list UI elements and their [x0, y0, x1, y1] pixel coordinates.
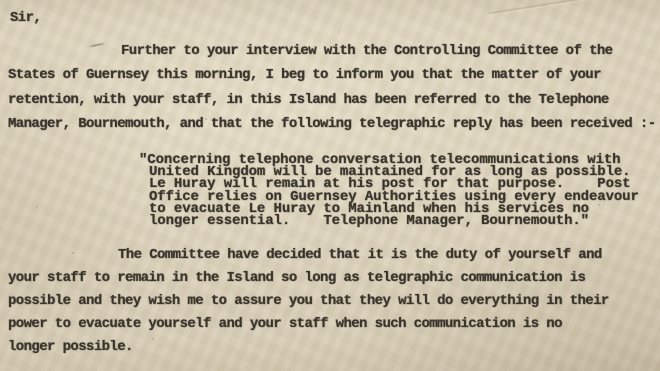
letter-line: longer possible. [8, 336, 609, 359]
letter-line: possible and they wish me to assure you … [8, 290, 609, 313]
letter-body: Sir, Further to your interview with the … [0, 0, 660, 371]
paragraph-decision: The Committee have decided that it is th… [8, 244, 609, 359]
telegram-quote-block: "Concerning telephone conversation telec… [149, 154, 639, 227]
letter-line: Further to your interview with the Contr… [8, 39, 656, 63]
letter-line: retention, with your staff, in this Isla… [8, 88, 656, 112]
letter-line: States of Guernsey this morning, I beg t… [8, 63, 656, 87]
letter-line: your staff to remain in the Island so lo… [8, 267, 609, 290]
paragraph-intro: Further to your interview with the Contr… [8, 39, 656, 137]
letter-line: Manager, Bournemouth, and that the follo… [8, 112, 656, 136]
letter-line: The Committee have decided that it is th… [8, 244, 609, 267]
salutation: Sir, [10, 10, 41, 26]
telegram-line: longer essential. Telephone Manager, Bou… [149, 215, 639, 227]
letter-line: power to evacuate yourself and your staf… [8, 313, 609, 336]
